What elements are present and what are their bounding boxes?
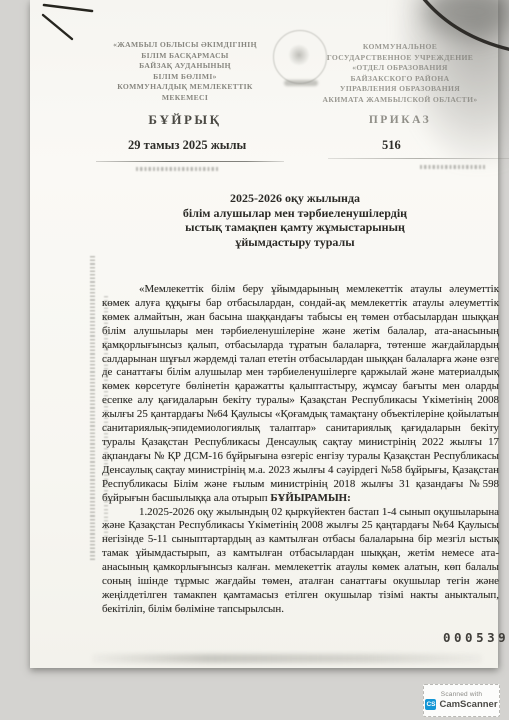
title-line: ыстық тамақпен қамту жұмыстарының: [140, 220, 450, 235]
camscanner-brand-text: CamScanner: [439, 699, 497, 710]
scanned-document-screenshot: «ЖАМБЫЛ ОБЛЫСЫ ӘКІМДІГІНІҢ БІЛІМ БАСҚАРМ…: [0, 0, 509, 720]
camscanner-caption: Scanned with: [441, 691, 482, 698]
title-line: ұйымдастыру туралы: [140, 235, 450, 250]
preamble-paragraph: «Мемлекеттік білім беру ұйымдарының мемл…: [102, 283, 499, 506]
margin-bleed-text: [104, 296, 108, 540]
org-line: «ЖАМБЫЛ ОБЛЫСЫ ӘКІМДІГІНІҢ: [103, 40, 267, 51]
document-body: «Мемлекеттік білім беру ұйымдарының мемл…: [102, 283, 499, 617]
org-line: БІЛІМ БАСҚАРМАСЫ: [103, 51, 267, 62]
camscanner-brand-row: CS CamScanner: [425, 699, 497, 710]
order-date: 29 тамыз 2025 жылы: [128, 138, 246, 153]
camscanner-logo-icon: CS: [425, 699, 436, 710]
document-title: 2025-2026 оқу жылында білім алушылар мен…: [140, 191, 450, 249]
registration-stamp-number: 000539: [443, 630, 509, 645]
date-caption-smudge: [136, 167, 220, 171]
camscanner-badge: Scanned with CS CamScanner: [423, 684, 500, 717]
order-item-1: 1.2025-2026 оқу жылындың 02 қыркүйектен …: [102, 506, 499, 617]
org-line: БАЙЗАҚ АУДАНЫНЫҢ: [103, 61, 267, 72]
org-line: БІЛІМ БӨЛІМІ»: [103, 72, 267, 83]
margin-bleed-text: [90, 256, 95, 562]
faint-seal-stamp: [273, 30, 327, 84]
org-name-kazakh: «ЖАМБЫЛ ОБЛЫСЫ ӘКІМДІГІНІҢ БІЛІМ БАСҚАРМ…: [103, 40, 267, 104]
order-word: БҰЙЫРАМЫН:: [270, 492, 350, 504]
title-line: білім алушылар мен тәрбиеленушілердің: [140, 206, 450, 221]
doc-type-kazakh: БҰЙРЫҚ: [103, 112, 267, 128]
title-line: 2025-2026 оқу жылында: [140, 191, 450, 206]
scan-shadow-streak: [92, 654, 482, 663]
preamble-text: «Мемлекеттік білім беру ұйымдарының мемл…: [102, 283, 499, 504]
seal-smudge: [284, 80, 318, 86]
org-line: МЕКЕМЕСІ: [103, 93, 267, 104]
number-caption-smudge: [420, 165, 486, 169]
org-line: КОММУНАЛДЫҚ МЕМЛЕКЕТТІК: [103, 82, 267, 93]
date-underline: [96, 161, 284, 162]
